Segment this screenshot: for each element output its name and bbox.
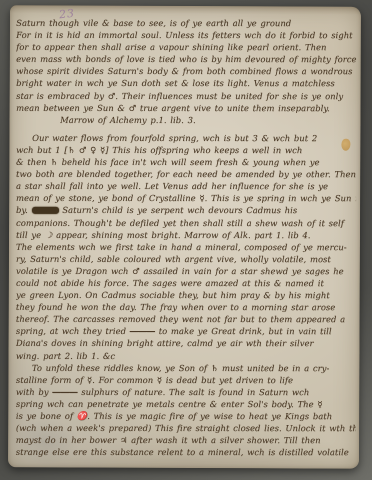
manuscript-line: mean of ye stone, ye bond of Crystalline… (16, 192, 356, 204)
manuscript-paper: 23 Saturn though vile & base to see, is … (8, 5, 361, 469)
manuscript-line: even mass wth bonds of love is tied who … (16, 53, 356, 65)
manuscript-line: by. Saturn's child is ye serpent wch dev… (16, 204, 356, 216)
manuscript-line: mayst do in her bower ♃ after wash it wt… (16, 434, 356, 446)
manuscript-line: star is embraced by ♂. Their influences … (16, 89, 356, 101)
manuscript-line: spring, at wch they tried ——— to make ye… (16, 325, 356, 337)
manuscript-line: thereof. The carcasses removed they went… (16, 313, 356, 325)
manuscript-line: Diana's doves in shining bright attire, … (16, 337, 356, 349)
manuscript-line: for to appear then shall arise a vapour … (16, 41, 356, 53)
manuscript-line: could not abide his force. The sages wer… (16, 277, 356, 289)
manuscript-line: whose spirit divides Saturn's body & fro… (16, 65, 356, 77)
manuscript-line: wch but 1 [♄ ♂ ♀ ☿] This his offspring w… (16, 144, 356, 156)
manuscript-line: mean between ye Sun & ♂ true argent vive… (16, 102, 356, 114)
struck-word: ——— (130, 326, 155, 336)
manuscript-line: a star shall fall into ye well. Let Venu… (16, 180, 356, 192)
manuscript-line: (wch when a week's prepared) This fire s… (16, 422, 356, 434)
manuscript-line: For in it is hid an immortal soul. Unles… (16, 29, 356, 41)
manuscript-line: ry, Saturn's child, sable coloured wth a… (16, 253, 356, 265)
manuscript-line: with by ——— sulphurs of nature. The salt… (16, 386, 356, 398)
manuscript-line: they found he won the day. The fray when… (16, 301, 356, 313)
manuscript-line: ye green Lyon. On Cadmus sociable they, … (16, 289, 356, 301)
manuscript-line: wing. part 2. lib 1. &c (16, 349, 356, 361)
manuscript-line: Saturn though vile & base to see, is of … (16, 17, 356, 29)
manuscript-line: is ye bone of ♈. This is ye magic fire o… (16, 410, 356, 422)
manuscript-line: & then ♄ beheld his face in't wch will s… (16, 156, 356, 168)
manuscript-lines: Saturn though vile & base to see, is of … (16, 17, 356, 462)
manuscript-line: companions. Though't be defiled yet then… (16, 216, 356, 228)
ink-blot (32, 207, 59, 214)
manuscript-line: To unfold these riddles know, ye Son of … (16, 361, 356, 373)
photo-background: 23 Saturn though vile & base to see, is … (0, 0, 372, 480)
manuscript-line: bright water in wch ye Sun doth set & lo… (16, 77, 356, 89)
manuscript-line: stalline form of ☿. For common ☿ is dead… (16, 374, 356, 386)
manuscript-line: spring wch can penetrate ye metals centr… (16, 398, 356, 410)
manuscript-line: two both are blended together, for each … (16, 168, 356, 180)
struck-word: ——— (52, 387, 77, 397)
manuscript-line: Marrow of Alchemy p.1. lib. 3. (16, 114, 356, 126)
manuscript-line: Our water flows from fourfold spring, wc… (16, 132, 356, 144)
manuscript-line: The elements wch we first take in hand a… (16, 241, 356, 253)
manuscript-line: till ye ☽ appear, shining most bright. M… (16, 228, 356, 240)
manuscript-line: volatile is ye Dragon wch ♂ assailed in … (16, 265, 356, 277)
manuscript-line: strange else ere this substance relent t… (16, 446, 356, 458)
